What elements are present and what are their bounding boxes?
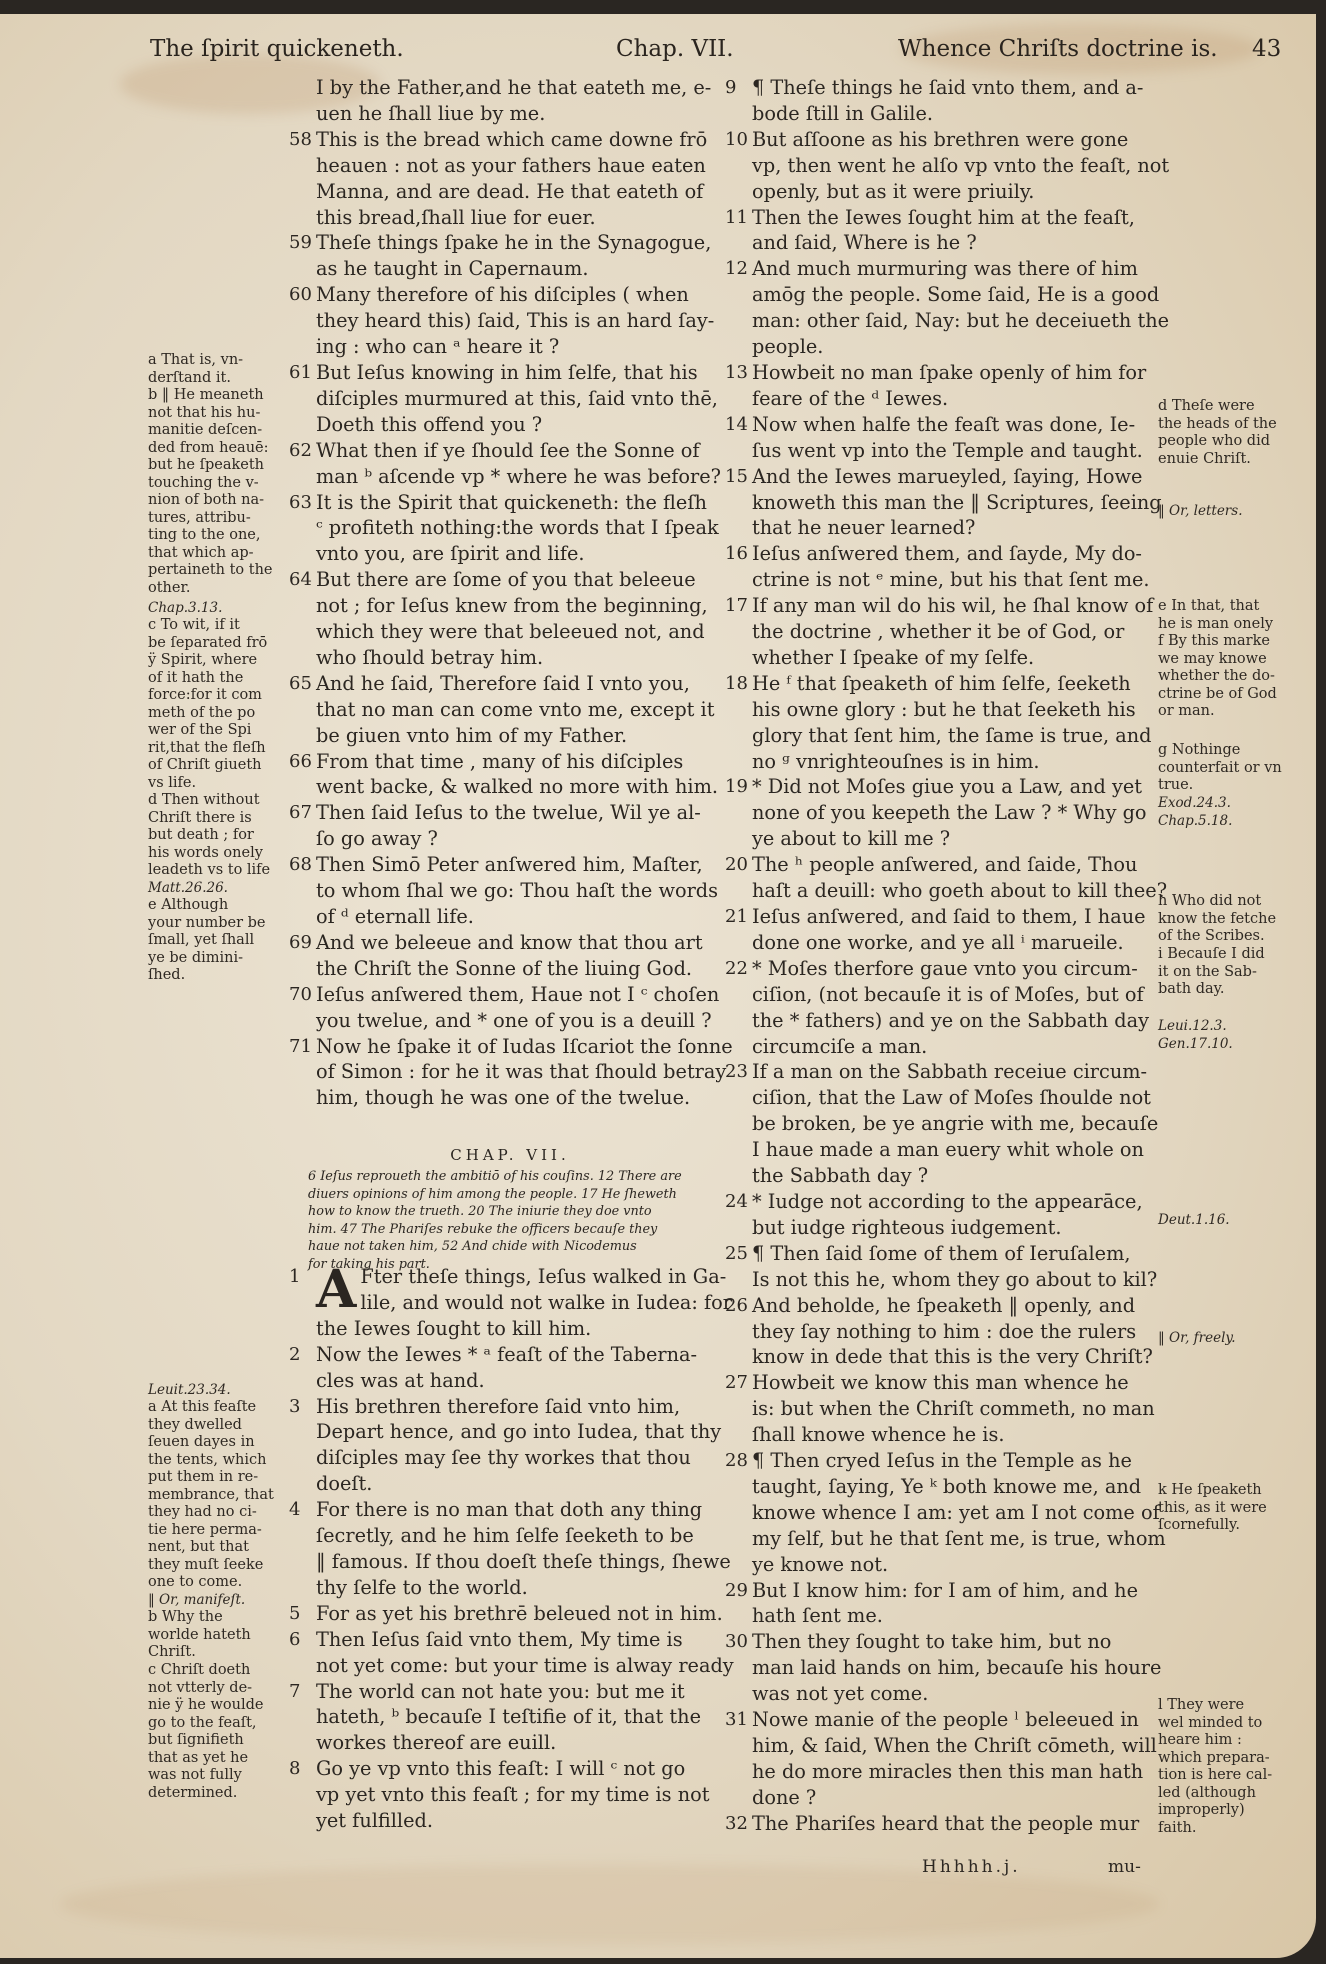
verse-number: 22	[725, 956, 748, 982]
note-line: wer of the Spi	[148, 722, 267, 740]
verse-text: It is the Spirit that quickeneth: the fl…	[316, 490, 710, 516]
note-line: d Theſe were	[1158, 398, 1277, 416]
verse-text: yet fulfilled.	[316, 1808, 710, 1834]
catchword: mu-	[1108, 1857, 1141, 1877]
text-line: Doeth this offend you ?	[316, 412, 710, 438]
verse-text: bode ſtill in Galile.	[752, 101, 1152, 127]
verse-text: Manna, and are dead. He that eateth of	[316, 179, 710, 205]
verse-text: Howbeit no man ſpake openly of him for	[752, 360, 1152, 386]
verse-number: 23	[725, 1059, 748, 1085]
note-line: go to the feaſt,	[148, 1715, 263, 1733]
margin-note: a At this feaſtethey dwelledſeuen dayes …	[148, 1399, 274, 1592]
verse-number: 62	[289, 438, 312, 464]
verse-text: this bread,ſhall liue for euer.	[316, 205, 710, 231]
note-line: ‖ Or, letters.	[1158, 503, 1242, 521]
note-line: enuie Chriſt.	[1158, 451, 1277, 469]
text-line: 23If a man on the Sabbath receiue circum…	[752, 1059, 1152, 1085]
text-line: of ᵈ eternall life.	[316, 904, 710, 930]
text-line: ſhall knowe whence he is.	[752, 1422, 1152, 1448]
verse-text: none of you keepeth the Law ? * Why go	[752, 800, 1152, 826]
note-line: your number be	[148, 915, 266, 933]
verse-text: workes thereof are euill.	[316, 1730, 710, 1756]
note-line: g Nothinge	[1158, 742, 1282, 760]
note-line: but he ſpeaketh	[148, 457, 273, 475]
cross-reference: ‖ Or, manifeſt.	[148, 1592, 245, 1610]
margin-note: e In that, thathe is man onely	[1158, 598, 1273, 633]
note-line: e In that, that	[1158, 598, 1273, 616]
verse-text: him, & ſaid, When the Chriſt cōmeth, wil…	[752, 1733, 1152, 1759]
verse-text: cles was at hand.	[316, 1368, 710, 1394]
verse-text: him, though he was one of the twelue.	[316, 1085, 710, 1111]
text-line: 27Howbeit we know this man whence he	[752, 1370, 1152, 1396]
verse-text: vp yet vnto this feaſt ; for my time is …	[316, 1782, 710, 1808]
verse-text: Now he ſpake it of Iudas Iſcariot the ſo…	[316, 1034, 710, 1060]
verse-text: If a man on the Sabbath receiue circum-	[752, 1059, 1152, 1085]
verse-text: not ; for Ieſus knew from the beginning,	[316, 593, 710, 619]
text-line: doeſt.	[316, 1471, 710, 1497]
note-line: Gen.17.10.	[1158, 1036, 1233, 1054]
text-line: yet fulfilled.	[316, 1808, 710, 1834]
verse-text: I by the Father,and he that eateth me, e…	[316, 75, 710, 101]
verse-text: * Iudge not according to the appearāce,	[752, 1189, 1152, 1215]
chapter-summary: 6 Ieſus reproueth the ambitiō of his cou…	[308, 1168, 712, 1273]
text-line: 22* Moſes therfore gaue vnto you circum-	[752, 956, 1152, 982]
text-line: 29But I know him: for I am of him, and h…	[752, 1578, 1152, 1604]
verse-text: ye about to kill me ?	[752, 826, 1152, 852]
verse-text: From that time , many of his diſciples	[316, 749, 710, 775]
verse-text: Doeth this offend you ?	[316, 412, 710, 438]
verse-text: as he taught in Capernaum.	[316, 256, 710, 282]
text-line: ctrine is not ᵉ mine, but his that ſent …	[752, 567, 1152, 593]
text-line: 5For as yet his brethrē beleued not in h…	[316, 1601, 710, 1627]
verse-text: hath ſent me.	[752, 1603, 1152, 1629]
note-line: Chriſt there is	[148, 810, 270, 828]
note-line: ſeuen dayes in	[148, 1434, 274, 1452]
verse-text: knoweth this man the ‖ Scriptures, ſeein…	[752, 490, 1152, 516]
verse-text: What then if ye ſhould ſee the Sonne of	[316, 438, 710, 464]
verse-text: went backe, & walked no more with him.	[316, 774, 710, 800]
note-line: c To wit, if it	[148, 617, 267, 635]
note-line: c Chriſt doeth	[148, 1662, 263, 1680]
verse-text: his owne glory : but he that ſeeketh his	[752, 697, 1152, 723]
text-line: 3His brethren therefore ſaid vnto him,	[316, 1394, 710, 1420]
text-line: cles was at hand.	[316, 1368, 710, 1394]
text-line: knowe whence I am: yet am I not come of	[752, 1500, 1152, 1526]
verse-text: no ᵍ vnrighteouſnes is in him.	[752, 749, 1152, 775]
chapter-block: CHAP. VII. 6 Ieſus reproueth the ambitiō…	[308, 1140, 712, 1273]
note-line: or man.	[1158, 703, 1277, 721]
text-line: Is not this he, whom they go about to ki…	[752, 1267, 1152, 1293]
text-line: he do more miracles then this man hath	[752, 1759, 1152, 1785]
note-line: that which ap-	[148, 545, 273, 563]
note-line: heare him :	[1158, 1732, 1272, 1750]
verse-text: Nowe manie of the people ˡ beleeued in	[752, 1707, 1152, 1733]
verse-number: 1	[289, 1264, 300, 1290]
text-line: circumciſe a man.	[752, 1034, 1152, 1060]
text-line: but iudge righteous iudgement.	[752, 1215, 1152, 1241]
verse-text: ſhall knowe whence he is.	[752, 1422, 1152, 1448]
verse-text: thy ſelfe to the world.	[316, 1575, 710, 1601]
verse-text: But aſſoone as his brethren were gone	[752, 127, 1152, 153]
verse-text: Fter theſe things, Ieſus walked in Ga-	[316, 1264, 710, 1290]
verse-text: ciſion, that the Law of Moſes ſhoulde no…	[752, 1085, 1152, 1111]
verse-text: ciſion, (not becauſe it is of Moſes, but…	[752, 982, 1152, 1008]
text-line: workes thereof are euill.	[316, 1730, 710, 1756]
text-line: be broken, be ye angrie with me, becauſe	[752, 1111, 1152, 1137]
margin-note: a That is, vn-derſtand it.	[148, 352, 243, 387]
verse-text: For there is no man that doth any thing	[316, 1497, 710, 1523]
text-line: 20The ʰ people anſwered, and ſaide, Thou	[752, 852, 1152, 878]
verse-text: I haue made a man euery whit whole on	[752, 1137, 1152, 1163]
text-line: diſciples may ſee thy workes that thou	[316, 1445, 710, 1471]
page-number: 43	[1252, 36, 1281, 62]
verse-number: 28	[725, 1448, 748, 1474]
summary-line: him. 47 The Phariſes rebuke the officers…	[308, 1221, 712, 1239]
text-line: 71Now he ſpake it of Iudas Iſcariot the …	[316, 1034, 710, 1060]
verse-text: ctrine is not ᵉ mine, but his that ſent …	[752, 567, 1152, 593]
verse-text: And beholde, he ſpeaketh ‖ openly, and	[752, 1293, 1152, 1319]
verse-number: 27	[725, 1370, 748, 1396]
text-line: 28¶ Then cryed Ieſus in the Temple as he	[752, 1448, 1152, 1474]
summary-line: diuers opinions of him among the people.…	[308, 1186, 712, 1204]
verse-text: Is not this he, whom they go about to ki…	[752, 1267, 1152, 1293]
verse-number: 12	[725, 256, 748, 282]
verse-text: openly, but as it were priuily.	[752, 179, 1152, 205]
verse-text: of Simon : for he it was that ſhould bet…	[316, 1059, 710, 1085]
text-line: 19* Did not Moſes giue you a Law, and ye…	[752, 774, 1152, 800]
note-line: wel minded to	[1158, 1715, 1272, 1733]
verse-number: 70	[289, 982, 312, 1008]
verse-number: 7	[289, 1679, 300, 1705]
note-line: but death ; for	[148, 827, 270, 845]
verse-text: the Chriſt the Sonne of the liuing God.	[316, 956, 710, 982]
verse-text: Then the Iewes ſought him at the feaſt,	[752, 205, 1152, 231]
verse-text: know in dede that this is the very Chriſ…	[752, 1344, 1152, 1370]
note-line: Exod.24.3.	[1158, 795, 1232, 813]
text-line: hateth, ᵇ becauſe I teſtifie of it, that…	[316, 1704, 710, 1730]
note-line: of Chriſt giueth	[148, 757, 267, 775]
text-line: man ᵇ aſcende vp * where he was before?	[316, 464, 710, 490]
verse-text: ing : who can ᵃ heare it ?	[316, 334, 710, 360]
verse-text: people.	[752, 334, 1152, 360]
verse-text: * Moſes therfore gaue vnto you circum-	[752, 956, 1152, 982]
left-text-column: I by the Father,and he that eateth me, e…	[316, 75, 710, 1111]
text-line: no ᵍ vnrighteouſnes is in him.	[752, 749, 1152, 775]
text-line: vp, then went he alſo vp vnto the feaſt,…	[752, 153, 1152, 179]
note-line: tures, attribu-	[148, 510, 273, 528]
verse-text: my ſelf, but he that ſent me, is true, w…	[752, 1526, 1152, 1552]
note-line: they had no ci-	[148, 1504, 274, 1522]
text-line: thy ſelfe to the world.	[316, 1575, 710, 1601]
text-line: taught, ſaying, Ye ᵏ both knowe me, and	[752, 1474, 1152, 1500]
verse-number: 18	[725, 671, 748, 697]
text-line: glory that ſent him, the ſame is true, a…	[752, 723, 1152, 749]
note-line: ‖ Or, manifeſt.	[148, 1592, 245, 1610]
text-line: 8Go ye vp vnto this feaſt: I will ᶜ not …	[316, 1756, 710, 1782]
verse-text: man ᵇ aſcende vp * where he was before?	[316, 464, 710, 490]
text-line: 31Nowe manie of the people ˡ beleeued in	[752, 1707, 1152, 1733]
verse-text: Theſe things ſpake he in the Synagogue,	[316, 230, 710, 256]
verse-text: Then Simō Peter anſwered him, Maſter,	[316, 852, 710, 878]
verse-number: 3	[289, 1394, 300, 1420]
verse-text: Ieſus anſwered them, and ſayde, My do-	[752, 541, 1152, 567]
verse-text: ᶜ profiteth nothing:the words that I ſpe…	[316, 515, 710, 541]
text-line: you twelue, and * one of you is a deuill…	[316, 1008, 710, 1034]
verse-number: 16	[725, 541, 748, 567]
note-line: Chap.5.18.	[1158, 813, 1232, 831]
cross-reference: Chap.3.13.	[148, 600, 222, 618]
margin-note: f By this markewe may knowewhether the d…	[1158, 633, 1277, 721]
verse-text: circumciſe a man.	[752, 1034, 1152, 1060]
text-line: 26And beholde, he ſpeaketh ‖ openly, and	[752, 1293, 1152, 1319]
verse-text: you twelue, and * one of you is a deuill…	[316, 1008, 710, 1034]
text-line: 67Then ſaid Ieſus to the twelue, Wil ye …	[316, 800, 710, 826]
verse-number: 9	[725, 75, 736, 101]
verse-number: 15	[725, 464, 748, 490]
text-line: 60Many therefore of his diſciples ( when	[316, 282, 710, 308]
text-line: ing : who can ᵃ heare it ?	[316, 334, 710, 360]
note-line: they muſt ſeeke	[148, 1557, 274, 1575]
running-head-right: Whence Chriſts doctrine is.	[898, 36, 1218, 62]
verse-text: not yet come: but your time is alway rea…	[316, 1653, 710, 1679]
verse-text: ¶ Then cryed Ieſus in the Temple as he	[752, 1448, 1152, 1474]
verse-number: 17	[725, 593, 748, 619]
text-line: that he neuer learned?	[752, 515, 1152, 541]
text-line: none of you keepeth the Law ? * Why go	[752, 800, 1152, 826]
note-line: but ſignifieth	[148, 1732, 263, 1750]
text-line: 12And much murmuring was there of him	[752, 256, 1152, 282]
note-line: the heads of the	[1158, 416, 1277, 434]
verse-text: And he ſaid, Therefore ſaid I vnto you,	[316, 671, 710, 697]
verse-text: Depart hence, and go into Iudea, that th…	[316, 1419, 710, 1445]
verse-number: 4	[289, 1497, 300, 1523]
verse-text: Now the Iewes * ᵃ feaſt of the Taberna-	[316, 1342, 710, 1368]
text-line: I haue made a man euery whit whole on	[752, 1137, 1152, 1163]
text-line: ſecretly, and he him ſelfe ſeeketh to be	[316, 1523, 710, 1549]
verse-text: the Sabbath day ?	[752, 1163, 1152, 1189]
running-head-left: The ſpirit quickeneth.	[150, 36, 404, 62]
verse-text: The ʰ people anſwered, and ſaide, Thou	[752, 852, 1152, 878]
verse-text: ſo go away ?	[316, 826, 710, 852]
note-line: ye be dimini-	[148, 950, 266, 968]
text-line: feare of the ᵈ Iewes.	[752, 386, 1152, 412]
note-line: Leui.12.3.	[1158, 1018, 1233, 1036]
note-line: put them in re-	[148, 1469, 274, 1487]
book-page: The ſpirit quickeneth. Chap. VII. Whence…	[0, 14, 1316, 1958]
text-line: knoweth this man the ‖ Scriptures, ſeein…	[752, 490, 1152, 516]
verse-number: 66	[289, 749, 312, 775]
text-line: man laid hands on him, becauſe his houre	[752, 1655, 1152, 1681]
verse-text: man laid hands on him, becauſe his houre	[752, 1655, 1152, 1681]
verse-text: taught, ſaying, Ye ᵏ both knowe me, and	[752, 1474, 1152, 1500]
verse-text: done ?	[752, 1785, 1152, 1811]
summary-line: how to know the trueth. 20 The iniurie t…	[308, 1203, 712, 1221]
note-line: it on the Sab-	[1158, 964, 1265, 982]
verse-text: ſecretly, and he him ſelfe ſeeketh to be	[316, 1523, 710, 1549]
text-line: which they were that beleeued not, and	[316, 619, 710, 645]
verse-number: 63	[289, 490, 312, 516]
text-line: 21Ieſus anſwered, and ſaid to them, I ha…	[752, 904, 1152, 930]
note-line: of the Scribes.	[1158, 928, 1276, 946]
note-line: whether the do-	[1158, 668, 1277, 686]
margin-note: c Chriſt doethnot vtterly de-nie ÿ he wo…	[148, 1662, 263, 1802]
verse-number: 11	[725, 205, 748, 231]
verse-text: was not yet come.	[752, 1681, 1152, 1707]
note-line: rit,that the fleſh	[148, 740, 267, 758]
text-line: bode ſtill in Galile.	[752, 101, 1152, 127]
note-line: counterfait or vn	[1158, 760, 1282, 778]
text-line: Depart hence, and go into Iudea, that th…	[316, 1419, 710, 1445]
text-line: 14Now when halfe the feaſt was done, Ie-	[752, 412, 1152, 438]
margin-note: h Who did notknow the fetcheof the Scrib…	[1158, 893, 1276, 946]
text-line: 18He ᶠ that ſpeaketh of him ſelfe, ſeeke…	[752, 671, 1152, 697]
note-line: improperly)	[1158, 1802, 1272, 1820]
text-line: man: other ſaid, Nay: but he deceiueth t…	[752, 308, 1152, 334]
verse-number: 65	[289, 671, 312, 697]
verse-number: 25	[725, 1241, 748, 1267]
verse-text: For as yet his brethrē beleued not in hi…	[316, 1601, 710, 1627]
verse-number: 32	[725, 1811, 748, 1837]
text-line: 6Then Ieſus ſaid vnto them, My time is	[316, 1627, 710, 1653]
text-line: they ſay nothing to him : doe the rulers	[752, 1319, 1152, 1345]
margin-note: b ‖ He meanethnot that his hu-manitie de…	[148, 387, 273, 597]
verse-number: 30	[725, 1629, 748, 1655]
note-line: not vtterly de-	[148, 1680, 263, 1698]
text-line: people.	[752, 334, 1152, 360]
text-line: ſo go away ?	[316, 826, 710, 852]
note-line: nent, but that	[148, 1539, 274, 1557]
text-line: heauen : not as your fathers haue eaten	[316, 153, 710, 179]
verse-text: ſus went vp into the Temple and taught.	[752, 438, 1152, 464]
note-line: b ‖ He meaneth	[148, 387, 273, 405]
note-line: membrance, that	[148, 1487, 274, 1505]
verse-text: feare of the ᵈ Iewes.	[752, 386, 1152, 412]
text-line: the Chriſt the Sonne of the liuing God.	[316, 956, 710, 982]
text-line: they heard this) ſaid, This is an hard ſ…	[316, 308, 710, 334]
note-line: one to come.	[148, 1574, 274, 1592]
verse-number: 21	[725, 904, 748, 930]
note-line: ſhed.	[148, 967, 266, 985]
verse-number: 59	[289, 230, 312, 256]
text-line: 70Ieſus anſwered them, Haue not I ᶜ choſ…	[316, 982, 710, 1008]
verse-text: man: other ſaid, Nay: but he deceiueth t…	[752, 308, 1152, 334]
verse-number: 64	[289, 567, 312, 593]
verse-number: 13	[725, 360, 748, 386]
verse-number: 67	[289, 800, 312, 826]
verse-text: ¶ Then ſaid ſome of them of Ieruſalem,	[752, 1241, 1152, 1267]
text-line: vnto you, are ſpirit and life.	[316, 541, 710, 567]
text-line: the doctrine , whether it be of God, or	[752, 619, 1152, 645]
text-line: who ſhould betray him.	[316, 645, 710, 671]
verse-text: But Ieſus knowing in him ſelfe, that his	[316, 360, 710, 386]
note-line: f By this marke	[1158, 633, 1277, 651]
text-line: not yet come: but your time is alway rea…	[316, 1653, 710, 1679]
note-line: this, as it were	[1158, 1500, 1267, 1518]
verse-text: Then Ieſus ſaid vnto them, My time is	[316, 1627, 710, 1653]
verse-text: And much murmuring was there of him	[752, 256, 1152, 282]
verse-text: that no man can come vnto me, except it	[316, 697, 710, 723]
left-text-column-continued: 1AFter theſe things, Ieſus walked in Ga-…	[316, 1264, 710, 1834]
verse-text: doeſt.	[316, 1471, 710, 1497]
note-line: ÿ Spirit, where	[148, 652, 267, 670]
note-line: not that his hu-	[148, 405, 273, 423]
text-line: 10But aſſoone as his brethren were gone	[752, 127, 1152, 153]
text-line: him, & ſaid, When the Chriſt cōmeth, wil…	[752, 1733, 1152, 1759]
note-line: ‖ Or, freely.	[1158, 1330, 1236, 1348]
text-line: haſt a deuill: who goeth about to kill t…	[752, 878, 1152, 904]
verse-number: 71	[289, 1034, 312, 1060]
margin-note: l They werewel minded toheare him :which…	[1158, 1697, 1272, 1837]
cross-reference: ‖ Or, freely.	[1158, 1330, 1236, 1348]
verse-text: His brethren therefore ſaid vnto him,	[316, 1394, 710, 1420]
verse-text: of ᵈ eternall life.	[316, 904, 710, 930]
verse-text: be giuen vnto him of my Father.	[316, 723, 710, 749]
text-line: ye about to kill me ?	[752, 826, 1152, 852]
note-line: vs life.	[148, 775, 267, 793]
note-line: determined.	[148, 1785, 263, 1803]
verse-text: The world can not hate you: but me it	[316, 1679, 710, 1705]
text-line: 32The Phariſes heard that the people mur	[752, 1811, 1152, 1837]
note-line: his words onely	[148, 845, 270, 863]
note-line: i Becauſe I did	[1158, 946, 1265, 964]
note-line: ctrine be of God	[1158, 686, 1277, 704]
verse-text: vnto you, are ſpirit and life.	[316, 541, 710, 567]
verse-text: ‖ famous. If thou doeſt theſe things, ſh…	[316, 1549, 710, 1575]
note-line: be ſeparated frō	[148, 635, 267, 653]
text-line: 15And the Iewes marueyled, ſaying, Howe	[752, 464, 1152, 490]
text-line: done one worke, and ye all ⁱ marueile.	[752, 930, 1152, 956]
note-line: Matt.26.26.	[148, 880, 228, 898]
note-line: h Who did not	[1158, 893, 1276, 911]
verse-number: 8	[289, 1756, 300, 1782]
verse-text: Now when halfe the feaſt was done, Ie-	[752, 412, 1152, 438]
text-line: ciſion, that the Law of Moſes ſhoulde no…	[752, 1085, 1152, 1111]
note-line: b Why the	[148, 1609, 251, 1627]
verse-number: 58	[289, 127, 312, 153]
verse-text: * Did not Moſes giue you a Law, and yet	[752, 774, 1152, 800]
verse-text: done one worke, and ye all ⁱ marueile.	[752, 930, 1152, 956]
note-line: people who did	[1158, 433, 1277, 451]
text-line: and ſaid, Where is he ?	[752, 230, 1152, 256]
note-line: Chap.3.13.	[148, 600, 222, 618]
text-line: diſciples murmured at this, ſaid vnto th…	[316, 386, 710, 412]
text-line: my ſelf, but he that ſent me, is true, w…	[752, 1526, 1152, 1552]
note-line: the tents, which	[148, 1452, 274, 1470]
verse-text: diſciples murmured at this, ſaid vnto th…	[316, 386, 710, 412]
margin-note: g Nothingecounterfait or vntrue.	[1158, 742, 1282, 795]
text-line: vp yet vnto this feaſt ; for my time is …	[316, 1782, 710, 1808]
note-line: e Although	[148, 897, 266, 915]
note-line: ſmall, yet ſhall	[148, 932, 266, 950]
text-line: 13Howbeit no man ſpake openly of him for	[752, 360, 1152, 386]
text-line: ſus went vp into the Temple and taught.	[752, 438, 1152, 464]
verse-text: who ſhould betray him.	[316, 645, 710, 671]
verse-text: He ᶠ that ſpeaketh of him ſelfe, ſeeketh	[752, 671, 1152, 697]
text-line: went backe, & walked no more with him.	[316, 774, 710, 800]
note-line: pertaineth to the	[148, 562, 273, 580]
text-line: was not yet come.	[752, 1681, 1152, 1707]
text-line: 4For there is no man that doth any thing	[316, 1497, 710, 1523]
note-line: which prepara-	[1158, 1750, 1272, 1768]
text-line: uen he ſhall liue by me.	[316, 101, 710, 127]
text-line: 69And we beleeue and know that thou art	[316, 930, 710, 956]
verse-text: be broken, be ye angrie with me, becauſe	[752, 1111, 1152, 1137]
note-line: force:for it com	[148, 687, 267, 705]
verse-number: 10	[725, 127, 748, 153]
verse-text: vp, then went he alſo vp vnto the feaſt,…	[752, 153, 1152, 179]
margin-note: k He ſpeakeththis, as it wereſcornefully…	[1158, 1482, 1267, 1535]
note-line: we may knowe	[1158, 651, 1277, 669]
